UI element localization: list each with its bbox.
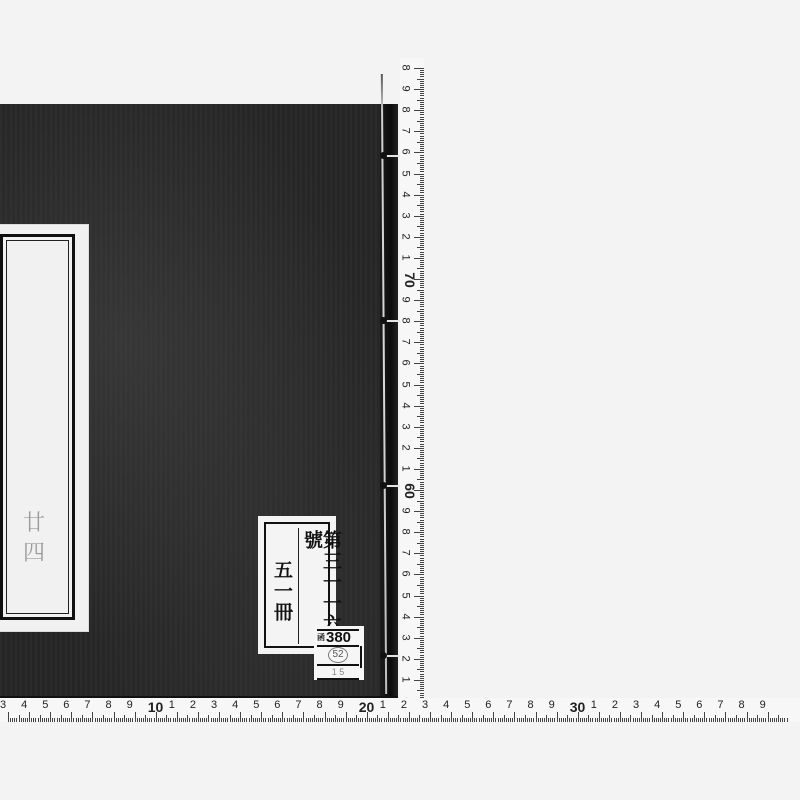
ruler-label: 7 bbox=[295, 700, 301, 711]
ruler-label: 8 bbox=[739, 700, 745, 711]
ruler-label: 1 bbox=[400, 676, 411, 682]
shelf-tag-bottom: 1 5 bbox=[317, 664, 359, 680]
shelf-tag-circled-number: 52 bbox=[328, 647, 348, 663]
ruler-label: 3 bbox=[211, 700, 217, 711]
label-divider bbox=[298, 528, 299, 644]
ruler-label: 10 bbox=[148, 700, 164, 714]
ruler-label: 7 bbox=[400, 128, 411, 134]
ruler-label: 2 bbox=[190, 700, 196, 711]
ruler-label: 2 bbox=[400, 444, 411, 450]
ruler-label: 20 bbox=[359, 700, 375, 714]
ruler-label: 5 bbox=[400, 381, 411, 387]
scanned-book-scene: 廿 四 第三一一六號 五一冊 函380 52 1 5 8987654321709… bbox=[0, 0, 800, 800]
ruler-label: 1 bbox=[380, 700, 386, 711]
ruler-label: 2 bbox=[400, 655, 411, 661]
ruler-label: 2 bbox=[400, 233, 411, 239]
ruler-label: 3 bbox=[400, 212, 411, 218]
ruler-label: 1 bbox=[400, 254, 411, 260]
ruler-label: 6 bbox=[274, 700, 280, 711]
ruler-label: 9 bbox=[400, 508, 411, 514]
vertical-ruler: 898765432170987654321609876543210 bbox=[400, 58, 424, 700]
ruler-label: 7 bbox=[84, 700, 90, 711]
ruler-label: 4 bbox=[654, 700, 660, 711]
ruler-label: 8 bbox=[400, 64, 411, 70]
ruler-label: 30 bbox=[570, 700, 586, 714]
ruler-label: 1 bbox=[400, 465, 411, 471]
ruler-label: 1 bbox=[591, 700, 597, 711]
ruler-label: 7 bbox=[400, 550, 411, 556]
ruler-label: 4 bbox=[232, 700, 238, 711]
horizontal-ruler: 3456789101234567892012345678930123456789 bbox=[0, 698, 800, 722]
ruler-label: 9 bbox=[760, 700, 766, 711]
ruler-label: 8 bbox=[317, 700, 323, 711]
ruler-label: 4 bbox=[400, 191, 411, 197]
ruler-label: 8 bbox=[106, 700, 112, 711]
ruler-label: 4 bbox=[443, 700, 449, 711]
ruler-label: 1 bbox=[169, 700, 175, 711]
ruler-label: 9 bbox=[400, 86, 411, 92]
ruler-label: 8 bbox=[528, 700, 534, 711]
volume-count: 五一冊 bbox=[272, 560, 291, 644]
ruler-label: 9 bbox=[400, 297, 411, 303]
shelf-tag-prefix: 函 bbox=[317, 633, 325, 642]
ruler-label: 5 bbox=[42, 700, 48, 711]
title-slip: 廿 四 bbox=[0, 224, 89, 632]
ruler-label: 7 bbox=[506, 700, 512, 711]
ruler-label: 5 bbox=[253, 700, 259, 711]
ruler-label: 6 bbox=[400, 149, 411, 155]
ruler-label: 5 bbox=[400, 592, 411, 598]
ruler-label: 3 bbox=[400, 423, 411, 429]
ruler-label: 6 bbox=[400, 360, 411, 366]
ruler-label: 3 bbox=[633, 700, 639, 711]
ruler-label: 5 bbox=[464, 700, 470, 711]
ruler-label: 6 bbox=[63, 700, 69, 711]
ruler-label: 4 bbox=[21, 700, 27, 711]
ruler-label: 7 bbox=[717, 700, 723, 711]
ruler-label: 70 bbox=[403, 272, 417, 288]
shelf-tag-number: 380 bbox=[326, 629, 351, 646]
shelf-tag: 函380 52 1 5 bbox=[314, 626, 364, 680]
ruler-label: 3 bbox=[422, 700, 428, 711]
ruler-label: 8 bbox=[400, 318, 411, 324]
ruler-label: 8 bbox=[400, 107, 411, 113]
ruler-label: 3 bbox=[0, 700, 6, 711]
ruler-label: 4 bbox=[400, 402, 411, 408]
ruler-label: 9 bbox=[127, 700, 133, 711]
ruler-label: 8 bbox=[400, 529, 411, 535]
pencil-note-1: 廿 bbox=[14, 506, 54, 537]
ruler-label: 4 bbox=[400, 613, 411, 619]
ruler-label: 2 bbox=[612, 700, 618, 711]
ruler-label: 60 bbox=[403, 483, 417, 499]
pencil-note-2: 四 bbox=[14, 536, 54, 567]
ruler-label: 3 bbox=[400, 634, 411, 640]
ruler-label: 9 bbox=[549, 700, 555, 711]
ruler-label: 5 bbox=[400, 170, 411, 176]
ruler-label: 6 bbox=[400, 571, 411, 577]
ruler-label: 7 bbox=[400, 339, 411, 345]
book-cover: 廿 四 第三一一六號 五一冊 函380 52 1 5 bbox=[0, 104, 398, 699]
ruler-label: 6 bbox=[696, 700, 702, 711]
ruler-label: 5 bbox=[675, 700, 681, 711]
ruler-label: 9 bbox=[338, 700, 344, 711]
ruler-label: 6 bbox=[485, 700, 491, 711]
ruler-label: 2 bbox=[401, 700, 407, 711]
